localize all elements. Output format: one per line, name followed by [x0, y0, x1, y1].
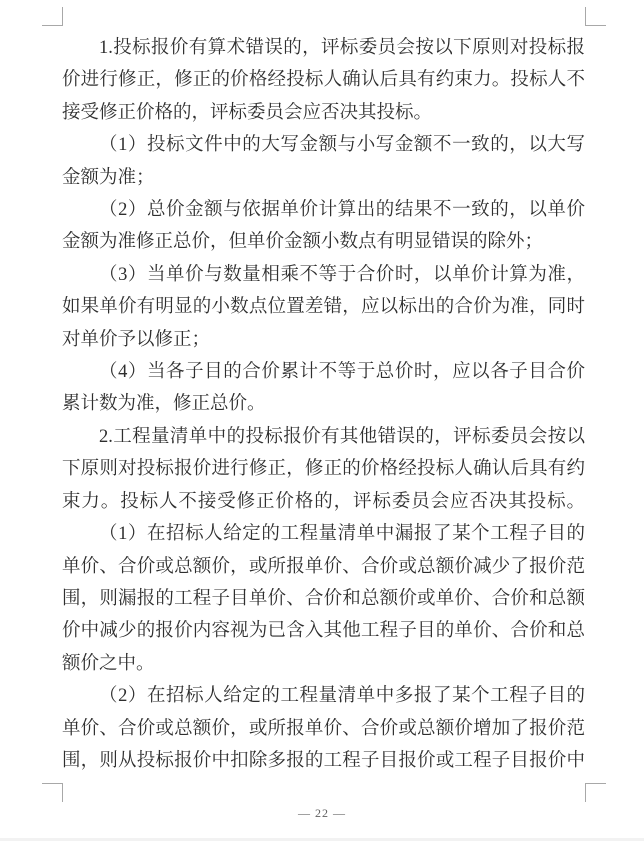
text-boundary-mark-bottom-right — [585, 783, 606, 802]
body-text-line: （3）当单价与数量相乘不等于合价时，以单价计算为准， — [62, 259, 585, 291]
body-text-line: 接受修正价格的，评标委员会应否决其投标。 — [62, 97, 585, 129]
body-text-line: 累计数为准，修正总价。 — [62, 388, 585, 420]
document-page: 1.投标报价有算术错误的，评标委员会按以下原则对投标报价进行修正，修正的价格经投… — [0, 0, 644, 841]
body-text-line: 单价、合价或总额价，或所报单价、合价或总额价减少了报价范 — [62, 551, 585, 583]
body-text-line: （2）总价金额与依据单价计算出的结果不一致的，以单价 — [62, 194, 585, 226]
body-text-line: （4）当各子目的合价累计不等于总价时，应以各子目合价 — [62, 356, 585, 388]
body-text-line: （2）在招标人给定的工程量清单中多报了某个工程子目的 — [62, 680, 585, 712]
text-boundary-mark-top-left — [42, 7, 63, 26]
body-text-line: 金额为准修正总价，但单价金额小数点有明显错误的除外； — [62, 226, 585, 258]
body-text-line: 下原则对投标报价进行修正，修正的价格经投标人确认后具有约 — [62, 453, 585, 485]
body-text-line: 金额为准； — [62, 162, 585, 194]
body-text-line: 束力。投标人不接受修正价格的，评标委员会应否决其投标。 — [62, 486, 585, 518]
body-text-line: （1）在招标人给定的工程量清单中漏报了某个工程子目的 — [62, 518, 585, 550]
text-boundary-mark-top-right — [585, 7, 606, 26]
body-text-line: 对单价予以修正； — [62, 324, 585, 356]
document-body: 1.投标报价有算术错误的，评标委员会按以下原则对投标报价进行修正，修正的价格经投… — [62, 32, 585, 777]
text-boundary-mark-bottom-left — [42, 783, 63, 802]
body-text-line: （1）投标文件中的大写金额与小写金额不一致的，以大写 — [62, 129, 585, 161]
page-number: — 22 — — [0, 806, 644, 821]
body-text-line: 围，则漏报的工程子目单价、合价和总额价或单价、合价和总额 — [62, 583, 585, 615]
body-text-line: 1.投标报价有算术错误的，评标委员会按以下原则对投标报 — [62, 32, 585, 64]
body-text-line: 额价之中。 — [62, 648, 585, 680]
body-text-line: 围，则从投标报价中扣除多报的工程子目报价或工程子目报价中 — [62, 745, 585, 777]
body-text-line: 价进行修正，修正的价格经投标人确认后具有约束力。投标人不 — [62, 64, 585, 96]
body-text-line: 价中减少的报价内容视为已含入其他工程子目的单价、合价和总 — [62, 615, 585, 647]
body-text-line: 单价、合价或总额价，或所报单价、合价或总额价增加了报价范 — [62, 713, 585, 745]
body-text-line: 2.工程量清单中的投标报价有其他错误的，评标委员会按以 — [62, 421, 585, 453]
body-text-line: 如果单价有明显的小数点位置差错，应以标出的合价为准，同时 — [62, 291, 585, 323]
